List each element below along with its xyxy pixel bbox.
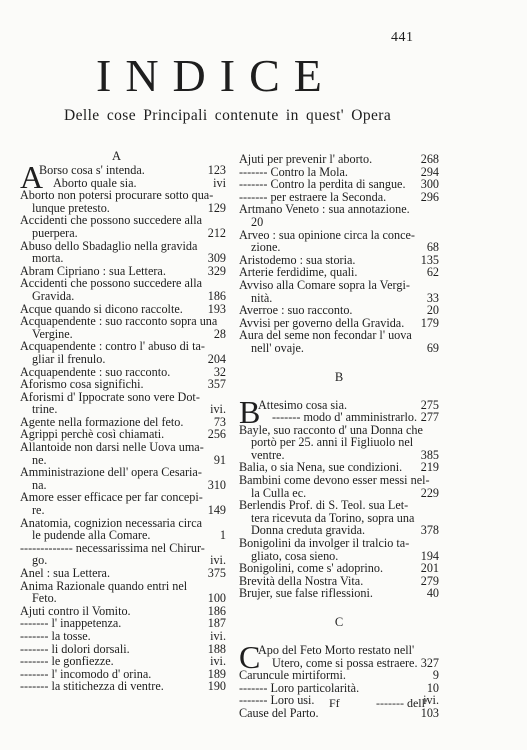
entry-line: Bonigolini da involger il tralcio ta- [239, 537, 439, 550]
entry-page: 69 [427, 342, 439, 355]
entry-page: 40 [427, 587, 439, 600]
entry-text: Amministrazione dell' opera Cesaria- [20, 466, 202, 479]
entry-text: morta. [32, 252, 63, 265]
entry-page: 129 [208, 202, 226, 215]
entry-line: Borso cosa s' intenda.123 [39, 164, 226, 177]
entry-page: 201 [421, 562, 439, 575]
index-entry: ------- la stitichezza di ventre.190 [20, 680, 226, 693]
entry-text: Ajuti per prevenir l' aborto. [239, 153, 372, 166]
index-column-right: Ajuti per prevenir l' aborto.268------- … [239, 153, 439, 720]
entry-line: zione.68 [239, 241, 439, 254]
entry-line: ------- Contro la perdita di sangue.300 [239, 178, 439, 191]
index-entry: ------- la tosse.ivi. [20, 630, 226, 643]
entry-page: 62 [427, 266, 439, 279]
entry-page: 190 [208, 680, 226, 693]
spacer [239, 355, 439, 369]
entry-text: zione. [251, 241, 280, 254]
entry-text: Apo del Feto Morto restato nell' [258, 644, 414, 657]
index-entry: Accidenti che possono succedere allaGrav… [20, 277, 226, 302]
entry-text: ------------- necessarissima nel Chirur- [20, 542, 205, 555]
entry-line: Artmano Veneto : sua annotazione. [239, 203, 439, 216]
entry-page: 123 [208, 164, 226, 177]
entry-line: ------- la tosse.ivi. [20, 630, 226, 643]
entry-line: Apo del Feto Morto restato nell' [258, 644, 439, 657]
entry-text: portò per 25. anni il Figliuolo nel [251, 436, 413, 449]
entry-page: 229 [421, 487, 439, 500]
entry-page: 149 [208, 504, 226, 517]
index-entry: Amore esser efficace per far concepi-re.… [20, 491, 226, 516]
section-heading-b: B [239, 369, 439, 385]
index-entry: Bayle, suo racconto d' una Donna cheport… [239, 424, 439, 462]
entry-page: 268 [421, 153, 439, 166]
index-entry: Abuso dello Sbadaglio nella gravidamorta… [20, 240, 226, 265]
entry-line: ------- la stitichezza di ventre.190 [20, 680, 226, 693]
entry-text: ------- Contro la perdita di sangue. [239, 178, 406, 191]
section-heading-a: A [20, 148, 226, 164]
entry-text: ------- la tosse. [20, 630, 91, 643]
entry-page: 309 [208, 252, 226, 265]
entry-page: 186 [208, 290, 226, 303]
entry-line: Bonigolini, come s' adoprino.201 [239, 562, 439, 575]
index-entry: ------- le gonfiezze.ivi. [20, 655, 226, 668]
entry-line: Berlendis Prof. di S. Teol. sua Let- [239, 499, 439, 512]
spacer [239, 385, 439, 399]
entry-text: Bambini come devono esser messi nel- [239, 474, 430, 487]
entry-line: Acquapendente : suo racconto sopra una [20, 315, 226, 328]
entry-line: re.149 [20, 504, 226, 517]
entry-line: morta.309 [20, 252, 226, 265]
index-entry: Aforismi d' Ippocrate sono vere Dot-trin… [20, 391, 226, 416]
entry-page: 300 [421, 178, 439, 191]
entry-line: Averroe : suo racconto.20 [239, 304, 439, 317]
entry-text: 20 [251, 216, 263, 229]
entry-line: nell' ovaje.69 [239, 342, 439, 355]
entry-text: Bonigolini, come s' adoprino. [239, 562, 383, 575]
index-entry: Acquapendente : contro l' abuso di ta-gl… [20, 340, 226, 365]
entry-line: ------- le gonfiezze.ivi. [20, 655, 226, 668]
entry-line: Caruncule mirtiformi.9 [239, 669, 439, 682]
entry-page: ivi. [210, 630, 226, 643]
entry-text: Acquapendente : suo racconto sopra una [20, 315, 217, 328]
entry-text: Aforismo cosa significhi. [20, 378, 144, 391]
entry-text: puerpera. [32, 227, 78, 240]
entry-page: 20 [427, 304, 439, 317]
entry-text: Bonigolini da involger il tralcio ta- [239, 537, 409, 550]
entry-line: Amministrazione dell' opera Cesaria- [20, 466, 226, 479]
index-entry-dropcap: BAttesimo cosa sia.275------- modo d' am… [239, 399, 439, 424]
entry-line: portò per 25. anni il Figliuolo nel [239, 436, 439, 449]
entry-line: ------- modo d' amministrarlo.277 [258, 411, 439, 424]
entry-text: Brujer, sue false riflessioni. [239, 587, 373, 600]
entry-text: Gravida. [32, 290, 74, 303]
drop-capital: B [239, 398, 260, 426]
index-entry: Amministrazione dell' opera Cesaria-na.3… [20, 466, 226, 491]
entry-page: 9 [433, 669, 439, 682]
index-entry-dropcap: CApo del Feto Morto restato nell'Utero, … [239, 644, 439, 669]
entry-line: Bambini come devono esser messi nel- [239, 474, 439, 487]
index-entry: Ajuti per prevenir l' aborto.268 [239, 153, 439, 166]
index-entry: Caruncule mirtiformi.9 [239, 669, 439, 682]
index-entry: Arveo : sua opinione circa la conce-zion… [239, 229, 439, 254]
entry-line: puerpera.212 [20, 227, 226, 240]
drop-capital: C [239, 643, 260, 671]
index-entry: Allantoide non darsi nelle Uova uma-ne.9… [20, 441, 226, 466]
page-subtitle: Delle cose Principali contenute in quest… [64, 107, 391, 125]
entry-text: le pudende alla Comare. [32, 529, 150, 542]
index-entry: ------- Contro la perdita di sangue.300 [239, 178, 439, 191]
entry-page: 179 [421, 317, 439, 330]
entry-text: re. [32, 504, 45, 517]
entry-line: Anel : sua Lettera.375 [20, 567, 226, 580]
entry-line: Amore esser efficace per far concepi- [20, 491, 226, 504]
entry-text: Amore esser efficace per far concepi- [20, 491, 203, 504]
entry-line: Allantoide non darsi nelle Uova uma- [20, 441, 226, 454]
entry-page: 310 [208, 479, 226, 492]
index-entry: Bambini come devono esser messi nel-la C… [239, 474, 439, 499]
entry-text: Aborto non potersi procurare sotto qua- [20, 189, 213, 202]
index-entry: Bonigolini da involger il tralcio ta-gli… [239, 537, 439, 562]
entry-line: trine.ivi. [20, 403, 226, 416]
entry-text: gliar il frenulo. [32, 353, 105, 366]
entry-page: 204 [208, 353, 226, 366]
entry-text: ------- le gonfiezze. [20, 655, 114, 668]
entry-line: 20 [239, 216, 439, 229]
entry-text: Averroe : suo racconto. [239, 304, 352, 317]
entry-page: 357 [208, 378, 226, 391]
entry-text: Feto. [32, 592, 57, 605]
entry-line: Avviso alla Comare sopra la Vergi- [239, 279, 439, 292]
index-entry: Anatomia, cognizion necessaria circale p… [20, 517, 226, 542]
index-entry: Berlendis Prof. di S. Teol. sua Let-tera… [239, 499, 439, 537]
entry-page: ivi. [210, 403, 226, 416]
index-entry: Avviso alla Comare sopra la Vergi-nità.3… [239, 279, 439, 304]
entry-text: Avviso alla Comare sopra la Vergi- [239, 279, 410, 292]
entry-page: 100 [208, 592, 226, 605]
page-title: INDICE [96, 48, 366, 104]
entry-line: le pudende alla Comare.1 [20, 529, 226, 542]
entry-text: Cause del Parto. [239, 707, 319, 720]
entry-page: 212 [208, 227, 226, 240]
entry-line: Aborto non potersi procurare sotto qua- [20, 189, 226, 202]
entry-page: 277 [421, 411, 439, 424]
index-entry: Acquapendente : suo racconto sopra unaVe… [20, 315, 226, 340]
index-column-left: A ABorso cosa s' intenda.123Aborto quale… [20, 148, 226, 693]
index-entry: Aborto non potersi procurare sotto qua-l… [20, 189, 226, 214]
drop-capital: A [20, 163, 43, 191]
index-entry: Anel : sua Lettera.375 [20, 567, 226, 580]
entry-page: 329 [208, 265, 226, 278]
index-entry-dropcap: ABorso cosa s' intenda.123Aborto quale s… [20, 164, 226, 189]
entry-line: ------------- necessarissima nel Chirur- [20, 542, 226, 555]
index-entry: Averroe : suo racconto.20 [239, 304, 439, 317]
index-entry: Anima Razionale quando entri nelFeto.100 [20, 580, 226, 605]
entry-page: 296 [421, 191, 439, 204]
spacer [239, 600, 439, 614]
entry-line: Ajuti per prevenir l' aborto.268 [239, 153, 439, 166]
entry-page: 28 [214, 328, 226, 341]
index-entry: Brujer, sue false riflessioni.40 [239, 587, 439, 600]
index-entry: Artmano Veneto : sua annotazione.20 [239, 203, 439, 228]
entry-text: Anel : sua Lettera. [20, 567, 110, 580]
index-entry: Aforismo cosa significhi.357 [20, 378, 226, 391]
signature-mark: Ff [329, 696, 340, 711]
entry-text: ------- modo d' amministrarlo. [272, 411, 417, 424]
entry-text: Caruncule mirtiformi. [239, 669, 346, 682]
entry-page: 68 [427, 241, 439, 254]
entry-page: 378 [421, 524, 439, 537]
index-entry: Aura del seme non fecondar l' uovanell' … [239, 329, 439, 354]
entry-line: Feto.100 [20, 592, 226, 605]
catchword: ------- dell' [376, 696, 427, 711]
entry-line: gliar il frenulo.204 [20, 353, 226, 366]
entry-text: nell' ovaje. [251, 342, 304, 355]
entry-text: Artmano Veneto : sua annotazione. [239, 203, 410, 216]
index-entry: ------------- necessarissima nel Chirur-… [20, 542, 226, 567]
spacer [239, 630, 439, 644]
entry-page: 375 [208, 567, 226, 580]
entry-line: Gravida.186 [20, 290, 226, 303]
entry-page: 1 [220, 529, 226, 542]
entry-page: 91 [214, 454, 226, 467]
index-entry: Accidenti che possono succedere allapuer… [20, 214, 226, 239]
entry-text: trine. [32, 403, 57, 416]
entry-text: Borso cosa s' intenda. [39, 164, 145, 177]
entry-page: ivi. [210, 655, 226, 668]
section-heading-c: C [239, 614, 439, 630]
entry-line: Brujer, sue false riflessioni.40 [239, 587, 439, 600]
index-entry: Bonigolini, come s' adoprino.201 [239, 562, 439, 575]
page-number: 441 [391, 30, 414, 46]
entry-page: ivi [213, 177, 226, 190]
entry-text: Berlendis Prof. di S. Teol. sua Let- [239, 499, 408, 512]
entry-text: Allantoide non darsi nelle Uova uma- [20, 441, 204, 454]
entry-text: ------- la stitichezza di ventre. [20, 680, 164, 693]
entry-line: Aforismo cosa significhi.357 [20, 378, 226, 391]
entry-page: 256 [208, 428, 226, 441]
